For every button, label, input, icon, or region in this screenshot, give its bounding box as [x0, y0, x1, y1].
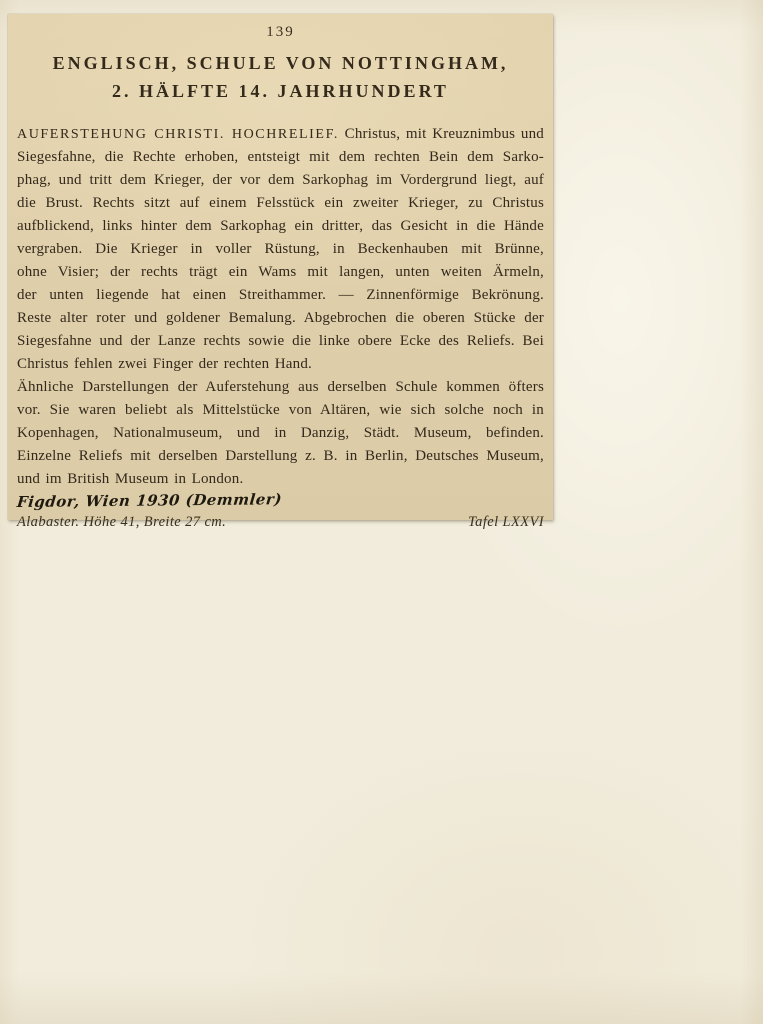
plate-reference: Tafel LXXVI: [468, 514, 544, 531]
footer-row: Alabaster. Höhe 41, Breite 27 cm. Tafel …: [17, 514, 544, 531]
text-line: phag, und tritt dem Krieger, der vor dem…: [17, 169, 544, 192]
text-line: Kopenhagen, Nationalmuseum, und in Danzi…: [17, 422, 544, 445]
text-line: die Brust. Rechts sitzt auf einem Felsst…: [17, 192, 544, 215]
material-dimensions: Alabaster. Höhe 41, Breite 27 cm.: [17, 514, 226, 531]
text-line: der unten liegende hat einen Streithamme…: [17, 284, 544, 307]
text-line: vor. Sie waren beliebt als Mittelstücke …: [17, 399, 544, 422]
page-number: 139: [17, 24, 544, 41]
catalog-card: 139 ENGLISCH, SCHULE VON NOTTINGHAM, 2. …: [8, 14, 553, 520]
text-line: Siegesfahne und der Lanze rechts sowie d…: [17, 330, 544, 353]
text-line: Siegesfahne, die Rechte erhoben, entstei…: [17, 146, 544, 169]
heading-date: 2. HÄLFTE 14. JAHRHUNDERT: [17, 81, 544, 102]
text-line: AUFERSTEHUNG CHRISTI. HOCHRELIEF. Christ…: [17, 123, 544, 146]
text-line: vergraben. Die Krieger in voller Rüstung…: [17, 238, 544, 261]
text-line: Ähnliche Darstellungen der Auferstehung …: [17, 376, 544, 399]
handwritten-provenance-note: Figdor, Wien 1930 (Demmler): [16, 487, 545, 511]
description-text: AUFERSTEHUNG CHRISTI. HOCHRELIEF. Christ…: [17, 123, 544, 491]
text-line: Christus fehlen zwei Finger der rechten …: [17, 353, 544, 376]
text-line: Einzelne Reliefs mit derselben Darstellu…: [17, 445, 544, 468]
lead-caps-title: AUFERSTEHUNG CHRISTI. HOCHRELIEF.: [17, 127, 339, 142]
text-line: aufblickend, links hinter dem Sarkophag …: [17, 215, 544, 238]
text-line: Reste alter roter und goldener Bemalung.…: [17, 307, 544, 330]
heading-school: ENGLISCH, SCHULE VON NOTTINGHAM,: [17, 53, 544, 74]
text-line: ohne Visier; der rechts trägt ein Wams m…: [17, 261, 544, 284]
